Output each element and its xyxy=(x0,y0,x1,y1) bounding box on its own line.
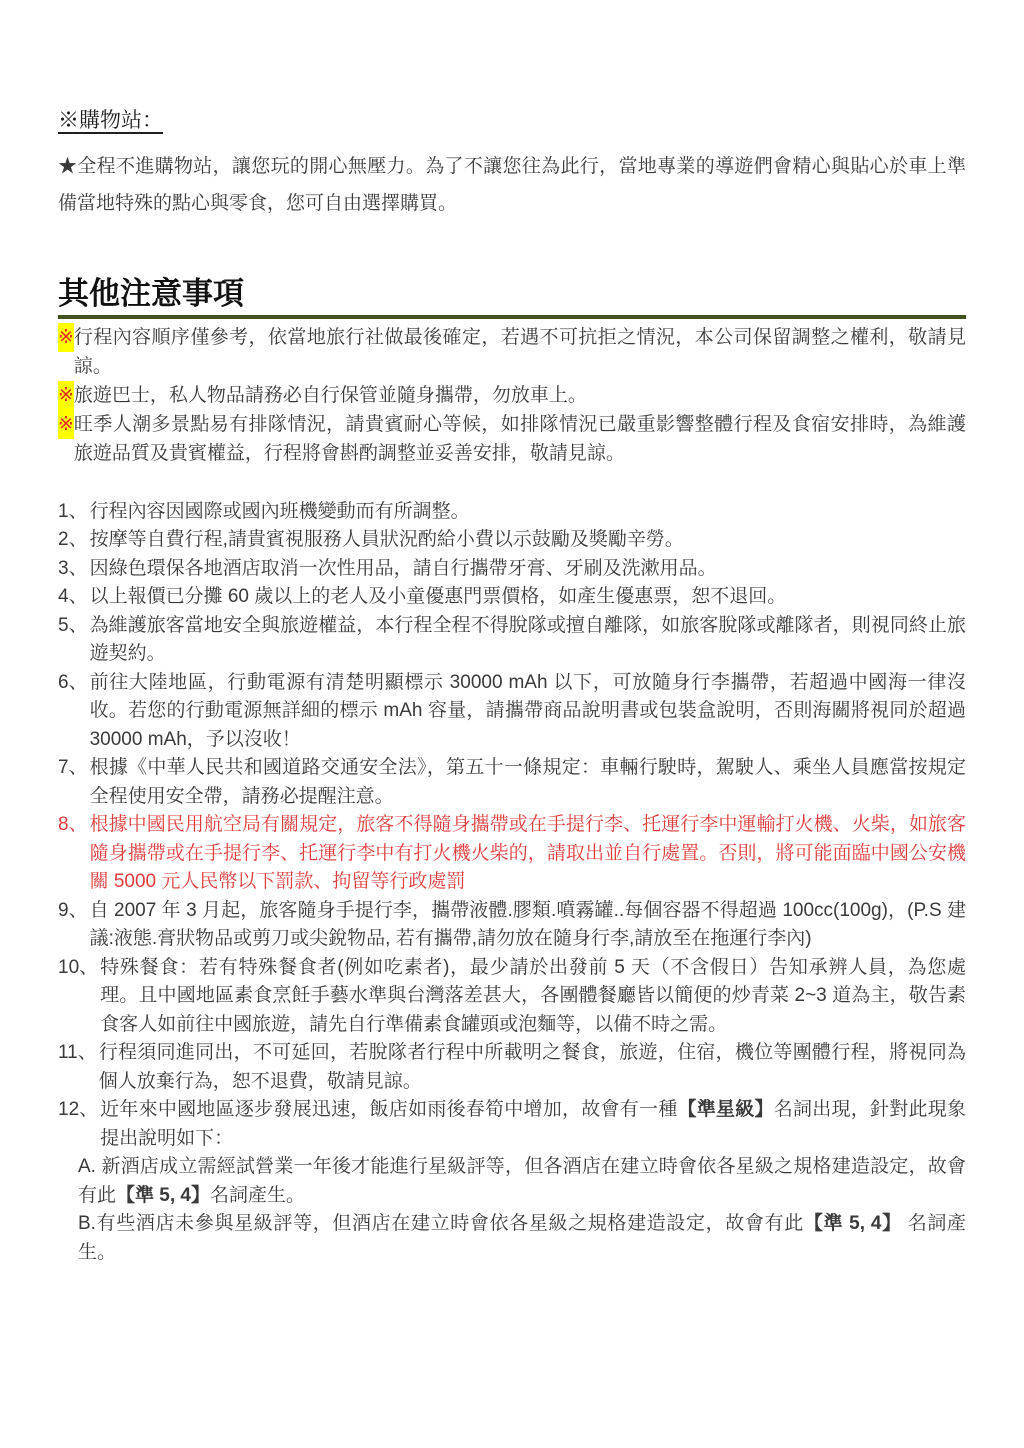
list-item: 12、 近年來中國地區逐步發展迅速，飯店如雨後春筍中增加，故會有一種【準星級】名… xyxy=(58,1096,966,1153)
list-item-text: 為維護旅客當地安全與旅遊權益，本行程全程不得脫隊或擅自離隊，如旅客脫隊或離隊者，… xyxy=(90,612,966,669)
list-item-text: 以上報價已分攤 60 歲以上的老人及小童優惠門票價格，如產生優惠票，恕不退回。 xyxy=(90,583,966,612)
list-item-number: 4、 xyxy=(58,583,90,612)
list-item-text-post: 名詞產生。 xyxy=(210,1185,305,1206)
list-item-text: 前往大陸地區，行動電源有清楚明顯標示 30000 mAh 以下，可放隨身行李攜帶… xyxy=(90,669,966,755)
list-item-number: 2、 xyxy=(58,526,90,555)
list-item-text: 根據《中華人民共和國道路交通安全法》，第五十一條規定：車輛行駛時，駕駛人、乘坐人… xyxy=(90,754,966,811)
list-item-text: 特殊餐食：若有特殊餐食者(例如吃素者)，最少請於出發前 5 天（不含假日）告知承… xyxy=(100,954,966,1040)
list-item-text: A. 新酒店成立需經試營業一年後才能進行星級評等，但各酒店在建立時會依各星級之規… xyxy=(78,1153,966,1210)
list-subitem-a: A. 新酒店成立需經試營業一年後才能進行星級評等，但各酒店在建立時會依各星級之規… xyxy=(58,1153,966,1210)
list-item-number: 11、 xyxy=(58,1039,99,1068)
list-item-text-pre: 近年來中國地區逐步發展迅速，飯店如雨後春筍中增加，故會有一種 xyxy=(100,1099,677,1120)
list-item-number: 5、 xyxy=(58,612,90,641)
list-item: 11、 行程須同進同出，不可延回，若脫隊者行程中所載明之餐食，旅遊，住宿，機位等… xyxy=(58,1039,966,1096)
list-item-text-bold: 【準 5, 4】 xyxy=(116,1185,210,1206)
shopping-section-body: ★全程不進購物站，讓您玩的開心無壓力。為了不讓您往為此行，當地專業的導遊們會精心… xyxy=(58,148,966,222)
highlight-note-item: ※ 行程內容順序僅參考，依當地旅行社做最後確定，若遇不可抗拒之情況，本公司保留調… xyxy=(58,323,966,381)
list-item-warning: 8、 根據中國民用航空局有關規定，旅客不得隨身攜帶或在手提行李、托運行李中運輸打… xyxy=(58,811,966,897)
list-item-text: 行程內容因國際或國內班機變動而有所調整。 xyxy=(90,498,966,527)
list-item-text: 因綠色環保各地酒店取消一次性用品，請自行攜帶牙膏、牙刷及洗漱用品。 xyxy=(90,555,966,584)
list-item-number: 12、 xyxy=(58,1096,100,1125)
list-item-text: 根據中國民用航空局有關規定，旅客不得隨身攜帶或在手提行李、托運行李中運輸打火機、… xyxy=(90,811,966,897)
list-item: 9、 自 2007 年 3 月起，旅客隨身手提行李，攜帶液體.膠類.噴霧罐..每… xyxy=(58,897,966,954)
highlight-note-text: 旅遊巴士，私人物品請務必自行保管並隨身攜帶，勿放車上。 xyxy=(74,381,966,410)
list-item: 5、 為維護旅客當地安全與旅遊權益，本行程全程不得脫隊或擅自離隊，如旅客脫隊或離… xyxy=(58,612,966,669)
list-item-number: 8、 xyxy=(58,811,90,840)
highlight-note-item: ※ 旺季人潮多景點易有排隊情況，請貴賓耐心等候，如排隊情況已嚴重影響整體行程及食… xyxy=(58,410,966,468)
list-item: 3、 因綠色環保各地酒店取消一次性用品，請自行攜帶牙膏、牙刷及洗漱用品。 xyxy=(58,555,966,584)
list-item-text: B.有些酒店未參與星級評等，但酒店在建立時會依各星級之規格建造設定，故會有此【準… xyxy=(78,1210,966,1267)
list-item: 7、 根據《中華人民共和國道路交通安全法》，第五十一條規定：車輛行駛時，駕駛人、… xyxy=(58,754,966,811)
list-item-text-bold: 【準 5, 4】 xyxy=(804,1213,902,1234)
highlight-note-item: ※ 旅遊巴士，私人物品請務必自行保管並隨身攜帶，勿放車上。 xyxy=(58,381,966,410)
list-subitem-b: B.有些酒店未參與星級評等，但酒店在建立時會依各星級之規格建造設定，故會有此【準… xyxy=(58,1210,966,1267)
shopping-section-title: ※購物站： xyxy=(58,104,163,134)
highlight-marker: ※ xyxy=(58,410,74,439)
list-item-number: 6、 xyxy=(58,669,90,698)
list-item: 2、 按摩等自費行程,請貴賓視服務人員狀況酌給小費以示鼓勵及獎勵辛勞。 xyxy=(58,526,966,555)
document-page: ※購物站： ★全程不進購物站，讓您玩的開心無壓力。為了不讓您往為此行，當地專業的… xyxy=(0,0,1024,1448)
list-item-text: 自 2007 年 3 月起，旅客隨身手提行李，攜帶液體.膠類.噴霧罐..每個容器… xyxy=(90,897,966,954)
highlight-note-list: ※ 行程內容順序僅參考，依當地旅行社做最後確定，若遇不可抗拒之情況，本公司保留調… xyxy=(58,323,966,468)
list-item: 6、 前往大陸地區，行動電源有清楚明顯標示 30000 mAh 以下，可放隨身行… xyxy=(58,669,966,755)
list-item: 1、 行程內容因國際或國內班機變動而有所調整。 xyxy=(58,498,966,527)
list-item-number: 7、 xyxy=(58,754,90,783)
list-item-text-pre: B.有些酒店未參與星級評等，但酒店在建立時會依各星級之規格建造設定，故會有此 xyxy=(78,1213,804,1234)
highlight-note-text: 旺季人潮多景點易有排隊情況，請貴賓耐心等候，如排隊情況已嚴重影響整體行程及食宿安… xyxy=(74,410,966,468)
list-item-number: 9、 xyxy=(58,897,90,926)
highlight-note-text: 行程內容順序僅參考，依當地旅行社做最後確定，若遇不可抗拒之情況，本公司保留調整之… xyxy=(74,323,966,381)
list-item-text: 按摩等自費行程,請貴賓視服務人員狀況酌給小費以示鼓勵及獎勵辛勞。 xyxy=(90,526,966,555)
list-item-text-bold: 【準星級】 xyxy=(678,1099,774,1120)
highlight-marker: ※ xyxy=(58,323,74,352)
list-item-number: 10、 xyxy=(58,954,100,983)
list-item: 4、 以上報價已分攤 60 歲以上的老人及小童優惠門票價格，如產生優惠票，恕不退… xyxy=(58,583,966,612)
list-item: 10、 特殊餐食：若有特殊餐食者(例如吃素者)，最少請於出發前 5 天（不含假日… xyxy=(58,954,966,1040)
list-item-text: 行程須同進同出，不可延回，若脫隊者行程中所載明之餐食，旅遊，住宿，機位等團體行程… xyxy=(99,1039,966,1096)
notes-section-title: 其他注意事項 xyxy=(58,276,966,319)
highlight-marker: ※ xyxy=(58,381,74,410)
list-item-number: 1、 xyxy=(58,498,90,527)
list-item-text: 近年來中國地區逐步發展迅速，飯店如雨後春筍中增加，故會有一種【準星級】名詞出現，… xyxy=(100,1096,966,1153)
list-item-number: 3、 xyxy=(58,555,90,584)
numbered-note-list: 1、 行程內容因國際或國內班機變動而有所調整。 2、 按摩等自費行程,請貴賓視服… xyxy=(58,498,966,1268)
